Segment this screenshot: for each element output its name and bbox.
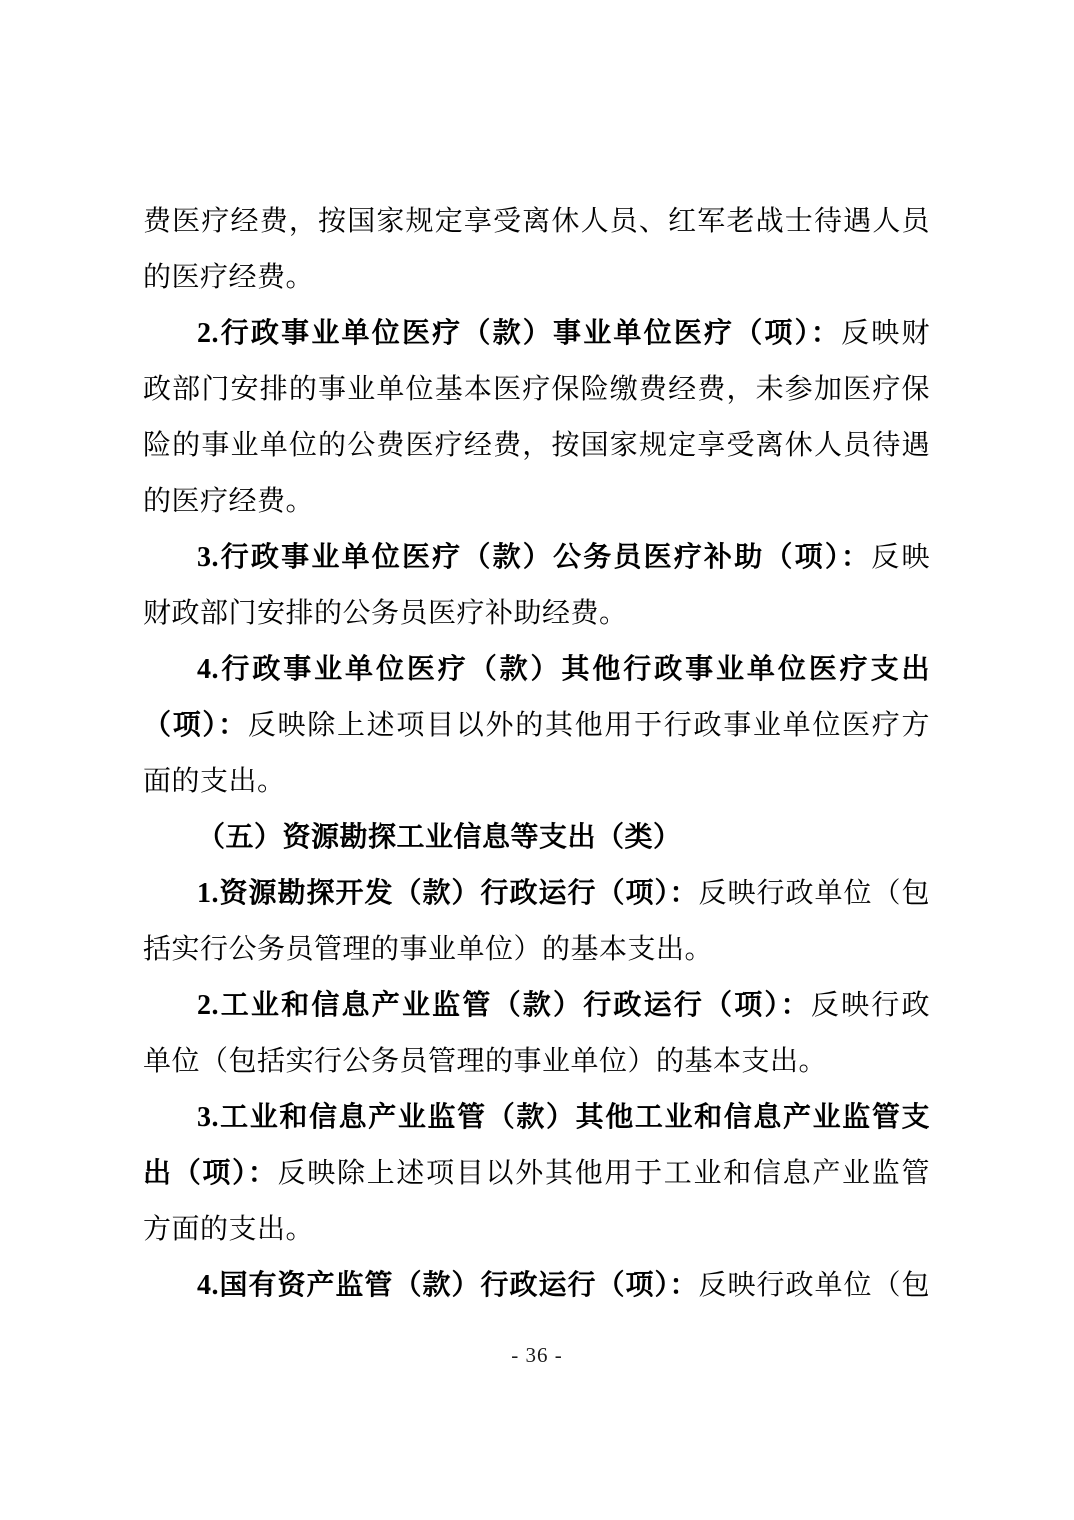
text-segment: 反映 [871, 542, 930, 573]
text-line: 单位（包括实行公务员管理的事业单位）的基本支出。 [143, 1034, 930, 1090]
bold-text-segment: 1.资源勘探开发（款）行政运行（项）： [197, 878, 698, 909]
bold-text-segment: 2.工业和信息产业监管（款）行政运行（项）： [197, 990, 811, 1021]
text-line: 括实行公务员管理的事业单位）的基本支出。 [143, 922, 930, 978]
text-line: 4.行政事业单位医疗（款）其他行政事业单位医疗支出 [197, 642, 930, 698]
text-segment: 的医疗经费。 [143, 262, 314, 293]
text-segment: 费医疗经费，按国家规定享受离休人员、红军老战士待遇人员 [143, 206, 930, 237]
text-segment: 反映行政单位（包 [698, 1270, 930, 1301]
bold-text-segment: 4.行政事业单位医疗（款）其他行政事业单位医疗支出 [197, 654, 930, 685]
text-line: （五）资源勘探工业信息等支出（类） [197, 810, 930, 866]
text-segment: 括实行公务员管理的事业单位）的基本支出。 [143, 934, 713, 965]
text-segment: 财政部门安排的公务员医疗补助经费。 [143, 598, 628, 629]
text-line: 方面的支出。 [143, 1202, 930, 1258]
text-line: （项）：反映除上述项目以外的其他用于行政事业单位医疗方 [143, 698, 930, 754]
document-body: 费医疗经费，按国家规定享受离休人员、红军老战士待遇人员的医疗经费。2.行政事业单… [143, 194, 930, 1314]
page-number: - 36 - [511, 1343, 563, 1367]
text-line: 2.行政事业单位医疗（款）事业单位医疗（项）：反映财 [197, 306, 930, 362]
text-line: 出（项）：反映除上述项目以外其他用于工业和信息产业监管 [143, 1146, 930, 1202]
bold-text-segment: （五）资源勘探工业信息等支出（类） [197, 822, 682, 853]
text-line: 财政部门安排的公务员医疗补助经费。 [143, 586, 930, 642]
text-line: 3.工业和信息产业监管（款）其他工业和信息产业监管支 [197, 1090, 930, 1146]
text-segment: 的医疗经费。 [143, 486, 314, 517]
text-segment: 反映行政单位（包 [698, 878, 930, 909]
bold-text-segment: 3.工业和信息产业监管（款）其他工业和信息产业监管支 [197, 1102, 930, 1133]
text-segment: 方面的支出。 [143, 1214, 314, 1245]
document-page: 费医疗经费，按国家规定享受离休人员、红军老战士待遇人员的医疗经费。2.行政事业单… [0, 0, 1074, 1520]
text-line: 1.资源勘探开发（款）行政运行（项）：反映行政单位（包 [197, 866, 930, 922]
bold-text-segment: （项）： [143, 710, 248, 741]
text-line: 4.国有资产监管（款）行政运行（项）：反映行政单位（包 [197, 1258, 930, 1314]
bold-text-segment: 出（项）： [143, 1158, 278, 1189]
text-segment: 反映除上述项目以外的其他用于行政事业单位医疗方 [248, 710, 930, 741]
text-line: 险的事业单位的公费医疗经费，按国家规定享受离休人员待遇 [143, 418, 930, 474]
bold-text-segment: 3.行政事业单位医疗（款）公务员医疗补助（项）： [197, 542, 871, 573]
text-segment: 反映行政 [811, 990, 930, 1021]
text-segment: 政部门安排的事业单位基本医疗保险缴费经费，未参加医疗保 [143, 374, 930, 405]
text-line: 面的支出。 [143, 754, 930, 810]
text-segment: 反映财 [841, 318, 930, 349]
text-line: 政部门安排的事业单位基本医疗保险缴费经费，未参加医疗保 [143, 362, 930, 418]
text-line: 的医疗经费。 [143, 474, 930, 530]
text-line: 2.工业和信息产业监管（款）行政运行（项）：反映行政 [197, 978, 930, 1034]
text-segment: 单位（包括实行公务员管理的事业单位）的基本支出。 [143, 1046, 827, 1077]
text-segment: 面的支出。 [143, 766, 286, 797]
bold-text-segment: 4.国有资产监管（款）行政运行（项）： [197, 1270, 698, 1301]
page-footer: - 36 - [0, 1340, 1074, 1370]
text-line: 费医疗经费，按国家规定享受离休人员、红军老战士待遇人员 [143, 194, 930, 250]
text-line: 的医疗经费。 [143, 250, 930, 306]
bold-text-segment: 2.行政事业单位医疗（款）事业单位医疗（项）： [197, 318, 841, 349]
text-segment: 险的事业单位的公费医疗经费，按国家规定享受离休人员待遇 [143, 430, 930, 461]
text-segment: 反映除上述项目以外其他用于工业和信息产业监管 [278, 1158, 930, 1189]
text-line: 3.行政事业单位医疗（款）公务员医疗补助（项）：反映 [197, 530, 930, 586]
